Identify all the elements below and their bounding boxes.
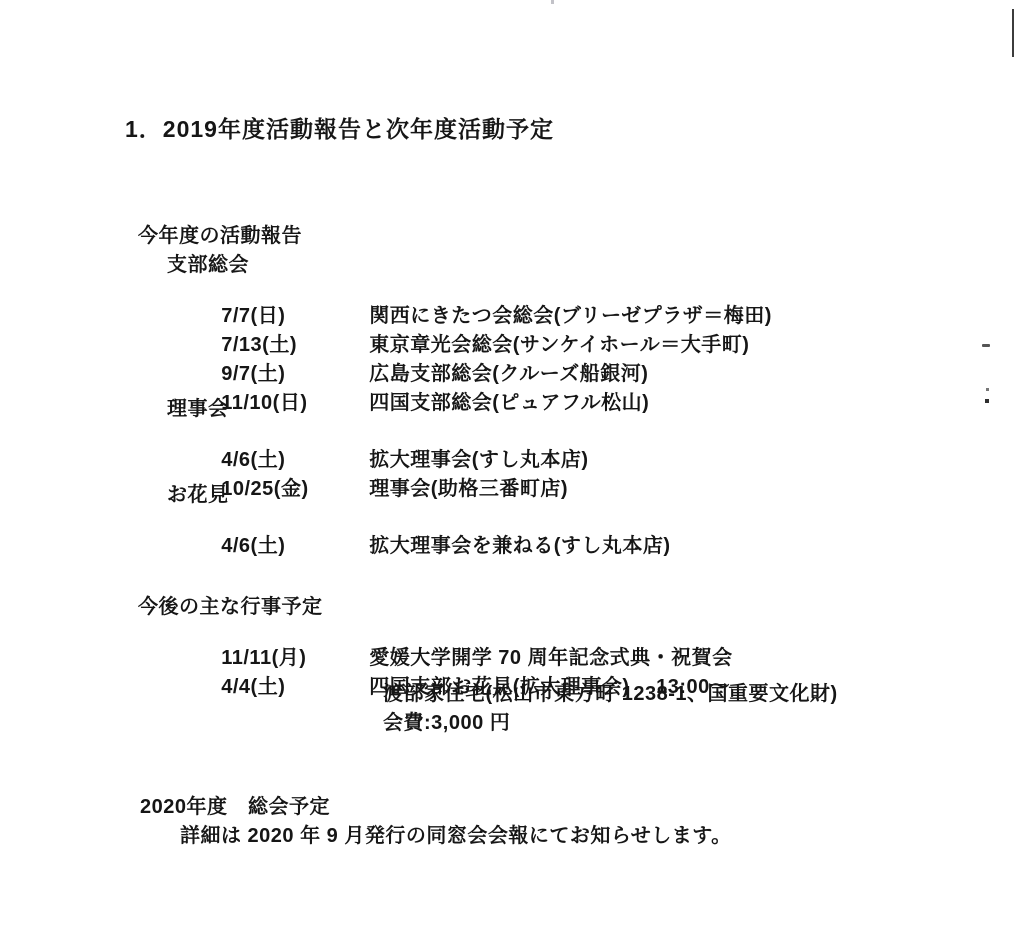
event-date: 4/4(土) [221,676,369,698]
event-date: 11/10(日) [221,392,369,414]
section-heading-upcoming-events: 今後の主な行事予定 [138,596,323,618]
event-date: 10/25(金) [221,478,369,500]
section-heading-2020-meeting: 2020年度 総会予定 [140,796,330,818]
event-desc: 拡大理事会を兼ねる(すし丸本店) [369,535,670,557]
group-label-branch-meetings: 支部総会 [167,254,249,276]
event-row: 4/6(土)拡大理事会を兼ねる(すし丸本店) [197,513,671,579]
continuation-line-venue: 渡部家住宅(松山市東方町 1238-1、国重要文化財) [383,683,838,705]
group-label-board-meetings: 理事会 [167,398,229,420]
scan-artifact-vertical-line [1012,9,1014,57]
section-heading-activity-report: 今年度の活動報告 [138,225,302,247]
scan-artifact-dot-upper [986,388,989,391]
event-desc: 四国支部総会(ピュアフル松山) [369,392,649,414]
continuation-line-fee: 会費:3,000 円 [383,712,510,734]
scan-artifact-dash [982,344,990,347]
scanned-document-page: 1．2019年度活動報告と次年度活動予定 今年度の活動報告 支部総会 7/7(日… [0,0,1024,949]
scan-artifact-speck [551,0,554,4]
scan-artifact-dot-lower [985,399,989,403]
document-title: 1．2019年度活動報告と次年度活動予定 [125,118,554,140]
event-desc: 理事会(助格三番町店) [369,478,568,500]
note-line-details: 詳細は 2020 年 9 月発行の同窓会会報にてお知らせします。 [180,825,732,847]
event-date: 4/6(土) [221,535,369,557]
group-label-hanami: お花見 [167,484,229,506]
